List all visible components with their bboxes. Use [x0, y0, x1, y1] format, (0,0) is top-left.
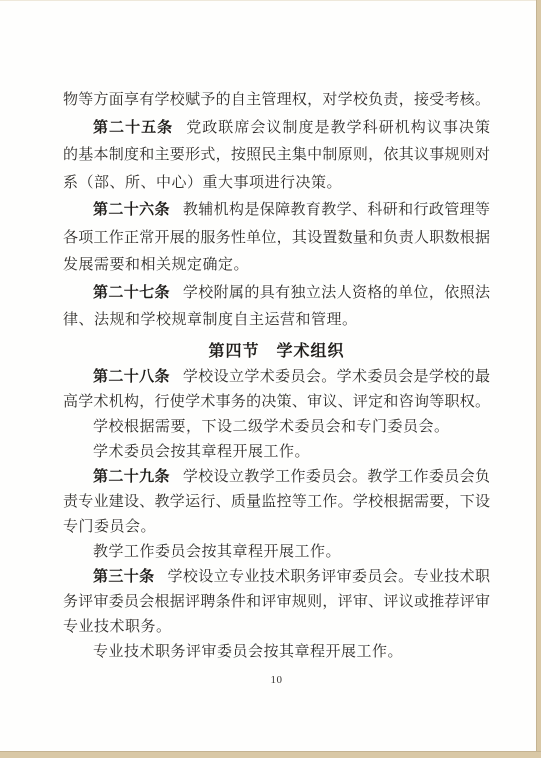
text-line: 律、法规和学校规章制度自主运营和管理。: [63, 307, 490, 335]
line-text: 物等方面享有学校赋予的自主管理权，对学校负责，接受考核。: [63, 92, 490, 108]
section-articles-25-27: 物等方面享有学校赋予的自主管理权，对学校负责，接受考核。 第二十五条党政联席会议…: [63, 87, 490, 335]
page-number: 10: [63, 674, 490, 686]
article-number: 第二十七条: [93, 285, 170, 301]
line-text: 律、法规和学校规章制度自主运营和管理。: [63, 312, 358, 328]
page-content: 物等方面享有学校赋予的自主管理权，对学校负责，接受考核。 第二十五条党政联席会议…: [63, 87, 490, 686]
line-text: 责专业建设、教学运行、质量监控等工作。学校根据需要，下设: [63, 494, 490, 510]
text-line: 第二十六条教辅机构是保障教育教学、科研和行政管理等: [63, 197, 490, 225]
document-page: 物等方面享有学校赋予的自主管理权，对学校负责，接受考核。 第二十五条党政联席会议…: [0, 0, 541, 758]
article-number: 第二十八条: [93, 369, 170, 385]
text-line: 学术委员会按其章程开展工作。: [63, 440, 490, 465]
article-number: 第二十九条: [93, 469, 170, 485]
text-line: 第二十八条学校设立学术委员会。学术委员会是学校的最: [63, 365, 490, 390]
line-text: 发展需要和相关规定确定。: [63, 257, 249, 273]
text-line: 第二十五条党政联席会议制度是教学科研机构议事决策: [63, 115, 490, 143]
text-line: 专业技术职务。: [63, 615, 490, 640]
text-line: 第三十条学校设立专业技术职务评审委员会。专业技术职: [63, 565, 490, 590]
line-text: 系（部、所、中心）重大事项进行决策。: [63, 175, 342, 191]
scan-edge-bottom: [0, 751, 541, 758]
scan-edge-top: [0, 0, 541, 1]
line-text: 学校设立学术委员会。学术委员会是学校的最: [183, 369, 490, 385]
text-line: 责专业建设、教学运行、质量监控等工作。学校根据需要，下设: [63, 490, 490, 515]
text-line: 系（部、所、中心）重大事项进行决策。: [63, 170, 490, 198]
article-number: 第二十五条: [93, 120, 173, 136]
line-text: 专门委员会。: [63, 519, 156, 535]
text-line: 物等方面享有学校赋予的自主管理权，对学校负责，接受考核。: [63, 87, 490, 115]
section-articles-28-30: 第二十八条学校设立学术委员会。学术委员会是学校的最 高学术机构，行使学术事务的决…: [63, 365, 490, 665]
text-line: 专业技术职务评审委员会按其章程开展工作。: [63, 640, 490, 665]
line-text: 学校附属的具有独立法人资格的单位，依照法: [183, 285, 490, 301]
line-text: 务评审委员会根据评聘条件和评审规则，评审、评议或推荐评审: [63, 594, 490, 610]
article-number: 第三十条: [93, 569, 155, 585]
line-text: 专业技术职务评审委员会按其章程开展工作。: [93, 644, 403, 660]
text-line: 各项工作正常开展的服务性单位，其设置数量和负责人职数根据: [63, 225, 490, 253]
text-line: 学校根据需要，下设二级学术委员会和专门委员会。: [63, 415, 490, 440]
line-text: 党政联席会议制度是教学科研机构议事决策: [186, 120, 490, 136]
line-text: 各项工作正常开展的服务性单位，其设置数量和负责人职数根据: [63, 230, 490, 246]
line-text: 专业技术职务。: [63, 619, 172, 635]
article-number: 第二十六条: [93, 202, 170, 218]
text-line: 发展需要和相关规定确定。: [63, 252, 490, 280]
text-line: 第二十七条学校附属的具有独立法人资格的单位，依照法: [63, 280, 490, 308]
scan-edge-right: [536, 0, 541, 758]
line-text: 教学工作委员会按其章程开展工作。: [93, 544, 341, 560]
section-heading: 第四节 学术组织: [63, 338, 490, 366]
line-text: 高学术机构，行使学术事务的决策、审议、评定和咨询等职权。: [63, 394, 490, 410]
text-line: 专门委员会。: [63, 515, 490, 540]
line-text: 学校根据需要，下设二级学术委员会和专门委员会。: [93, 419, 450, 435]
line-text: 学校设立专业技术职务评审委员会。专业技术职: [168, 569, 490, 585]
line-text: 的基本制度和主要形式，按照民主集中制原则，依其议事规则对: [63, 147, 490, 163]
text-line: 的基本制度和主要形式，按照民主集中制原则，依其议事规则对: [63, 142, 490, 170]
text-line: 务评审委员会根据评聘条件和评审规则，评审、评议或推荐评审: [63, 590, 490, 615]
text-line: 教学工作委员会按其章程开展工作。: [63, 540, 490, 565]
line-text: 学校设立教学工作委员会。教学工作委员会负: [183, 469, 490, 485]
text-line: 高学术机构，行使学术事务的决策、审议、评定和咨询等职权。: [63, 390, 490, 415]
line-text: 学术委员会按其章程开展工作。: [93, 444, 310, 460]
text-line: 第二十九条学校设立教学工作委员会。教学工作委员会负: [63, 465, 490, 490]
line-text: 教辅机构是保障教育教学、科研和行政管理等: [183, 202, 490, 218]
